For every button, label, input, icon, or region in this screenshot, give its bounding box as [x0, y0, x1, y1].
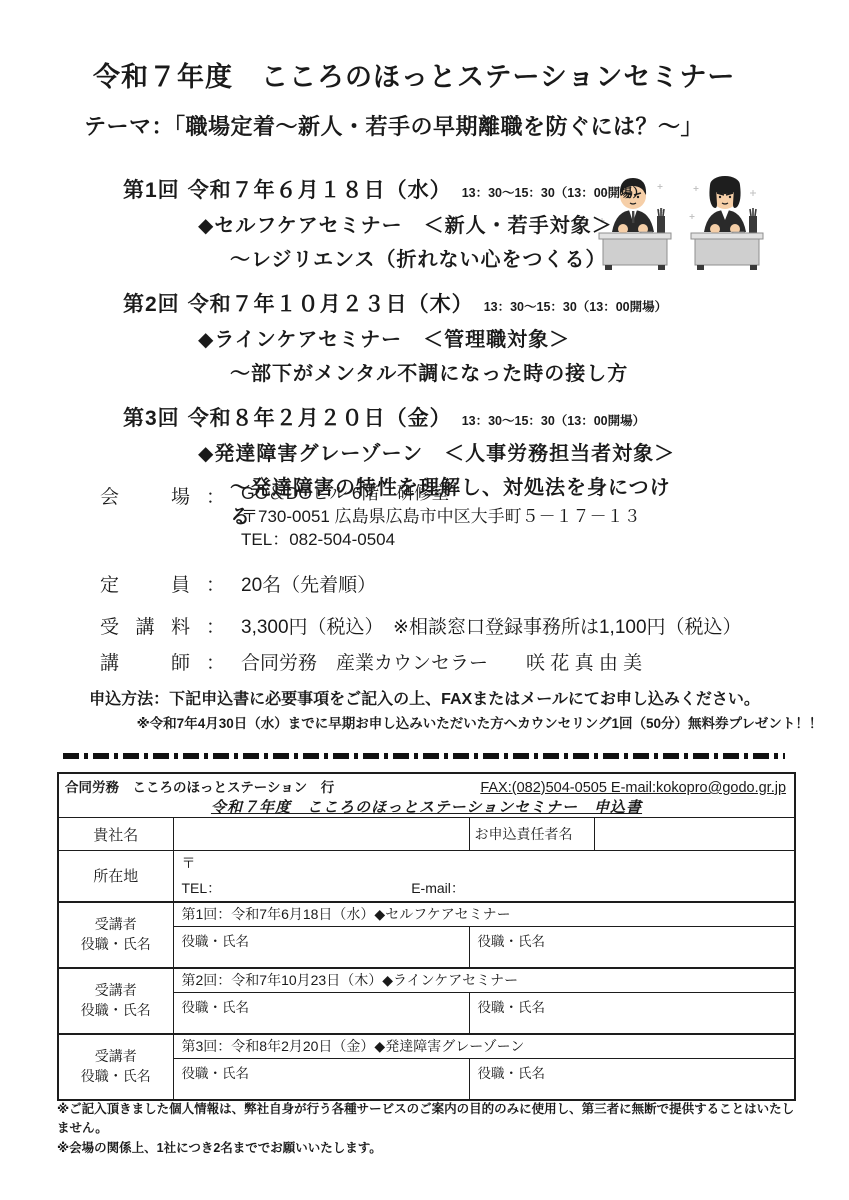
fee-row: 受 講 料：3,300円（税込） ※相談窓口登録事務所は1,100円（税込） — [100, 612, 742, 639]
fee-label: 受 講 料 — [100, 612, 190, 639]
session-3-number: 第3回 — [123, 407, 180, 430]
form-fax-email: FAX:(082)504-0505 E-mail:kokopro@godo.gr… — [480, 780, 786, 796]
instructor-label: 講 師 — [100, 648, 190, 675]
postal-mark: 〒 — [182, 853, 795, 873]
company-name-field — [173, 818, 469, 851]
attendee-label-3-line1: 受講者 — [95, 1048, 137, 1064]
form-session-1: 第1回：令和7年6月18日（水）◆セルフケアセミナー — [173, 902, 795, 927]
session-2-name-field-b: 役職・氏名 — [469, 993, 795, 1034]
session-1-name: ◆セルフケアセミナー ＜新人・若手対象＞ — [123, 209, 683, 238]
presenter-woman — [690, 176, 764, 270]
instructor-row: 講 師：合同労務 産業カウンセラー 咲 花 真 由 美 — [100, 648, 642, 675]
capacity-value: 20名（先着順） — [241, 570, 376, 597]
venue-address: 〒730-0051 広島県広島市中区大手町５－１７－１３ — [241, 507, 641, 526]
attendee-label-3-line2: 役職・氏名 — [81, 1068, 151, 1084]
privacy-footnote: ※ご記入頂きました個人情報は、弊社自身が行う各種サービスのご案内の目的のみに使用… — [57, 1100, 802, 1139]
instructor-colon: ： — [206, 648, 225, 675]
session-2: 第2回令和７年１０月２３日（木）13：30～15：30（13：00開場） ◆ライ… — [123, 288, 683, 386]
session-3-name-field-b: 役職・氏名 — [469, 1059, 795, 1100]
session-1-subtitle: ～レジリエンス（折れない心をつくる） — [123, 243, 683, 272]
form-header-cell: 合同労務 こころのほっとステーション 行 FAX:(082)504-0505 E… — [58, 773, 795, 818]
email-field-label: E-mail： — [411, 878, 465, 898]
attendee-label-2-line2: 役職・氏名 — [81, 1002, 151, 1018]
application-form-table: 合同労務 こころのほっとステーション 行 FAX:(082)504-0505 E… — [57, 772, 796, 1101]
session-1-time: 13：30～15：30（13：00開場） — [462, 186, 645, 200]
session-2-name: ◆ラインケアセミナー ＜管理職対象＞ — [123, 323, 683, 352]
session-3-name-field-a: 役職・氏名 — [173, 1059, 469, 1100]
session-1-name-field-a: 役職・氏名 — [173, 927, 469, 968]
session-3-name: ◆発達障害グレーゾーン ＜人事労務担当者対象＞ — [123, 437, 683, 466]
capacity-label: 定 員 — [100, 570, 190, 597]
responsible-person-label: お申込責任者名 — [469, 818, 594, 851]
capacity-footnote: ※会場の関係上、1社につき2名まででお願いいたします。 — [57, 1139, 802, 1158]
session-2-subtitle: ～部下がメンタル不調になった時の接し方 — [123, 357, 683, 386]
session-2-time: 13：30～15：30（13：00開場） — [484, 300, 667, 314]
seminar-theme: テーマ：「職場定着～新人・若手の早期離職を防ぐには？～」 — [84, 110, 703, 141]
capacity-row: 定 員：20名（先着順） — [100, 570, 376, 597]
attendee-label-1-line1: 受講者 — [95, 916, 137, 932]
fee-colon: ： — [206, 612, 225, 639]
attendee-label-1-line2: 役職・氏名 — [81, 936, 151, 952]
session-1-date: 令和７年６月１８日（水） — [188, 179, 452, 202]
early-bird-bonus: ※令和7年4月30日（水）までに早期お申し込みいただいた方へカウンセリング1回（… — [0, 712, 849, 732]
session-3-date: 令和８年２月２０日（金） — [188, 407, 452, 430]
attendee-label-1: 受講者 役職・氏名 — [58, 902, 173, 968]
session-2-date: 令和７年１０月２３日（木） — [188, 293, 474, 316]
attendee-label-2: 受講者 役職・氏名 — [58, 968, 173, 1034]
company-name-label: 貴社名 — [58, 818, 173, 851]
address-field: 〒 TEL： E-mail： — [173, 851, 795, 902]
session-1-number: 第1回 — [123, 179, 180, 202]
venue-label: 会 場 — [100, 482, 190, 509]
session-1: 第1回令和７年６月１８日（水）13：30～15：30（13：00開場） ◆セルフ… — [123, 174, 683, 272]
session-2-name-field-a: 役職・氏名 — [173, 993, 469, 1034]
form-session-3: 第3回：令和8年2月20日（金）◆発達障害グレーゾーン — [173, 1034, 795, 1059]
seminar-flyer-page: 令和７年度 こころのほっとステーションセミナー テーマ：「職場定着～新人・若手の… — [0, 0, 849, 1200]
session-2-number: 第2回 — [123, 293, 180, 316]
venue-colon: ： — [206, 482, 225, 509]
capacity-colon: ： — [206, 570, 225, 597]
address-label: 所在地 — [58, 851, 173, 902]
fee-value: 3,300円（税込） ※相談窓口登録事務所は1,100円（税込） — [241, 612, 742, 639]
footnotes: ※ご記入頂きました個人情報は、弊社自身が行う各種サービスのご案内の目的のみに使用… — [57, 1100, 802, 1158]
session-3-time: 13：30～15：30（13：00開場） — [462, 414, 645, 428]
form-addressee: 合同労務 こころのほっとステーション 行 — [65, 776, 334, 796]
session-1-name-field-b: 役職・氏名 — [469, 927, 795, 968]
cut-here-dashed-line — [63, 753, 785, 759]
venue-building: GO＆DOビル 6階 研修室 — [241, 483, 449, 503]
venue-tel: TEL：082-504-0504 — [241, 530, 395, 549]
venue-row: 会 場：GO＆DOビル 6階 研修室〒730-0051 広島県広島市中区大手町５… — [100, 482, 641, 551]
form-title: 令和７年度 こころのほっとステーションセミナー 申込書 — [59, 796, 794, 817]
page-title: 令和７年度 こころのほっとステーションセミナー — [93, 55, 735, 94]
venue-content: GO＆DOビル 6階 研修室〒730-0051 広島県広島市中区大手町５－１７－… — [241, 482, 641, 551]
tel-field-label: TEL： — [182, 878, 222, 898]
attendee-label-2-line1: 受講者 — [95, 982, 137, 998]
form-session-2: 第2回：令和7年10月23日（木）◆ラインケアセミナー — [173, 968, 795, 993]
instructor-value: 合同労務 産業カウンセラー 咲 花 真 由 美 — [241, 648, 642, 675]
attendee-label-3: 受講者 役職・氏名 — [58, 1034, 173, 1100]
responsible-person-field — [594, 818, 795, 851]
application-method: 申込方法：下記申込書に必要事項をご記入の上、FAXまたはメールにてお申し込みくだ… — [0, 686, 849, 709]
